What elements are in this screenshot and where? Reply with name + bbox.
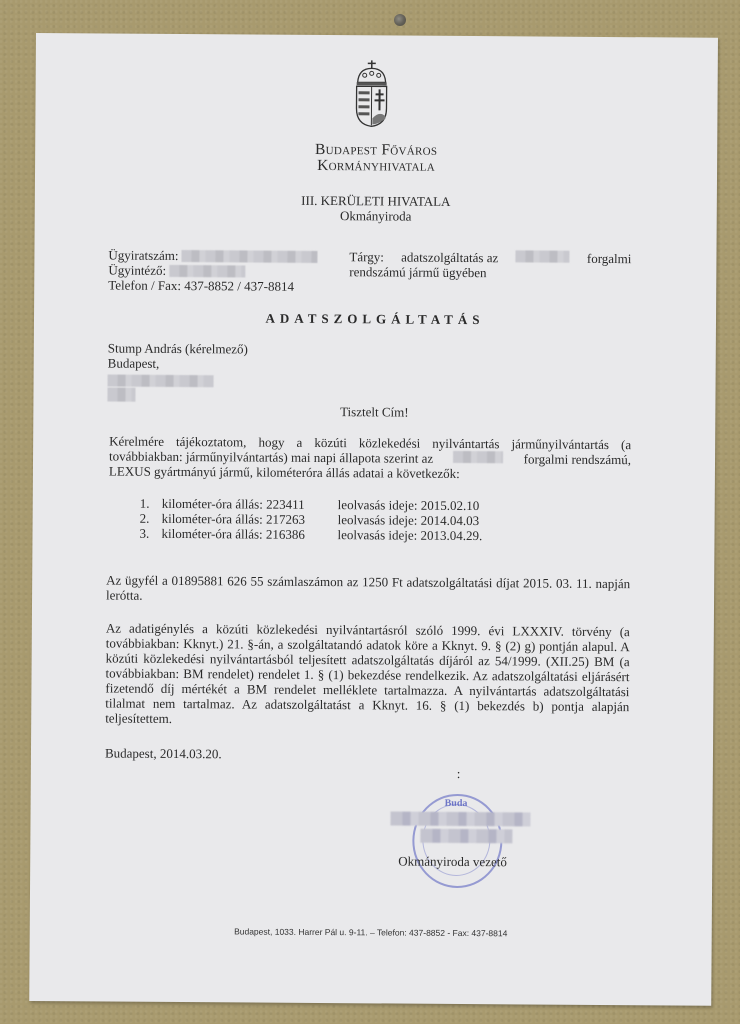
footer-address: Budapest, 1033. Harrer Pál u. 9-11. – Te…	[30, 925, 712, 940]
document-title: ADATSZOLGÁLTATÁS	[34, 309, 716, 330]
office-name: Okmányiroda	[35, 206, 717, 227]
odometer-label: kilométer-óra állás: 223411	[162, 496, 338, 512]
odometer-num: 2.	[140, 511, 162, 526]
case-number-label: Ügyiratszám:	[108, 248, 178, 263]
odometer-date: leolvasás ideje: 2013.04.29.	[337, 527, 482, 543]
legal-paragraph: Az adatigénylés a közúti közlekedési nyi…	[105, 621, 630, 730]
phone-fax: Telefon / Fax: 437-8852 / 437-8814	[108, 278, 317, 294]
signer-name-redacted	[390, 811, 530, 826]
recipient-block: Stump András (kérelmező) Budapest,	[107, 341, 248, 404]
odometer-reading-row: 3.kilométer-óra állás: 216386leolvasás i…	[139, 526, 482, 543]
intro-plate-redacted	[453, 451, 503, 463]
subject-text-1: adatszolgáltatás az	[401, 250, 498, 266]
payment-paragraph: Az ügyfél a 01895881 626 55 számlaszámon…	[106, 573, 630, 607]
clerk-label: Ügyintéző:	[108, 263, 166, 278]
case-number-redacted	[182, 250, 318, 263]
signature-colon: :	[457, 766, 461, 781]
odometer-list: 1.kilométer-óra állás: 223411leolvasás i…	[139, 496, 482, 543]
signature-redacted	[420, 829, 512, 844]
hungarian-coat-of-arms-icon	[352, 58, 390, 128]
thumbtack-pin	[394, 14, 406, 26]
subject-plate-redacted	[516, 250, 570, 262]
subject-label: Tárgy:	[349, 249, 384, 264]
odometer-date: leolvasás ideje: 2015.02.10	[338, 497, 480, 513]
stamp-text: Buda	[445, 798, 468, 809]
odometer-num: 1.	[140, 496, 162, 511]
subject-block: Tárgy: adatszolgáltatás az forgalmi rend…	[349, 249, 631, 281]
odometer-num: 3.	[139, 526, 161, 541]
signer-title: Okmányiroda vezető	[398, 854, 507, 870]
subject-line2: rendszámú jármű ügyében	[349, 264, 631, 281]
recipient-city: Budapest,	[108, 356, 248, 372]
intro-paragraph: Kérelmére tájékoztatom, hogy a közúti kö…	[109, 434, 631, 483]
clerk-redacted	[169, 265, 245, 278]
recipient-address-redacted	[107, 373, 247, 404]
case-info-block: Ügyiratszám: Ügyintéző: Telefon / Fax: 4…	[108, 248, 318, 294]
odometer-label: kilométer-óra állás: 217263	[162, 511, 338, 527]
place-date: Budapest, 2014.03.20.	[105, 745, 222, 761]
odometer-label: kilométer-óra állás: 216386	[161, 526, 337, 542]
subject-text-2: forgalmi	[587, 251, 632, 266]
document-page: Budapest Főváros Kormányhivatala III. KE…	[29, 33, 718, 1006]
org-name-line2: Kormányhivatala	[35, 155, 717, 178]
odometer-date: leolvasás ideje: 2014.04.03	[338, 512, 480, 528]
salutation: Tisztelt Cím!	[33, 402, 715, 422]
clerk-row: Ügyintéző:	[108, 263, 317, 279]
recipient-name: Stump András (kérelmező)	[108, 341, 248, 357]
case-number-row: Ügyiratszám:	[108, 248, 317, 264]
